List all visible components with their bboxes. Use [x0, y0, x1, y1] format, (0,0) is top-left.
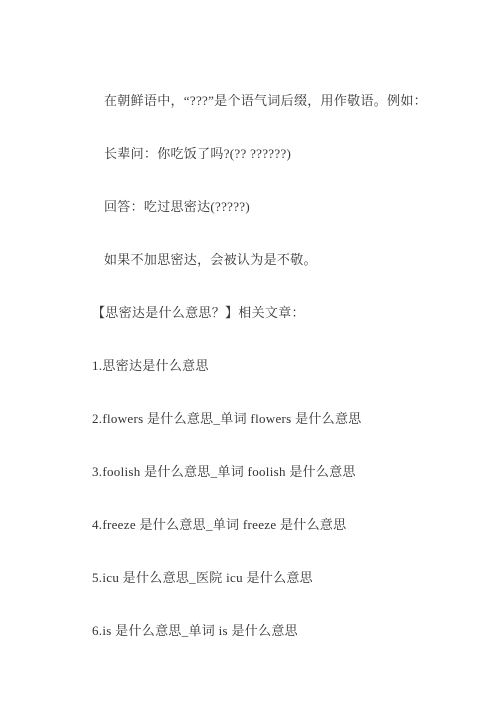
document-content: 在朝鲜语中，“???”是个语气词后缀，用作敬语。例如： 长辈问：你吃饭了吗?(?…: [0, 0, 500, 639]
document-paragraph-answer-example: 回答：吃过思密达(?????): [104, 198, 460, 215]
related-article-item-4: 4.freeze 是什么意思_单词 freeze 是什么意思: [92, 516, 460, 533]
document-page: 在朝鲜语中，“???”是个语气词后缀，用作敬语。例如： 长辈问：你吃饭了吗?(?…: [0, 0, 500, 707]
document-paragraph-intro: 在朝鲜语中，“???”是个语气词后缀，用作敬语。例如：: [104, 92, 460, 109]
related-article-item-2: 2.flowers 是什么意思_单词 flowers 是什么意思: [92, 410, 460, 427]
related-article-item-3: 3.foolish 是什么意思_单词 foolish 是什么意思: [92, 463, 460, 480]
related-article-item-1: 1.思密达是什么意思: [92, 357, 460, 374]
related-article-item-6: 6.is 是什么意思_单词 is 是什么意思: [92, 622, 460, 639]
related-articles-heading: 【思密达是什么意思？】相关文章：: [92, 304, 460, 321]
document-paragraph-note: 如果不加思密达，会被认为是不敬。: [104, 251, 460, 268]
related-article-item-5: 5.icu 是什么意思_医院 icu 是什么意思: [92, 569, 460, 586]
document-paragraph-question-example: 长辈问：你吃饭了吗?(?? ??????): [104, 145, 460, 162]
